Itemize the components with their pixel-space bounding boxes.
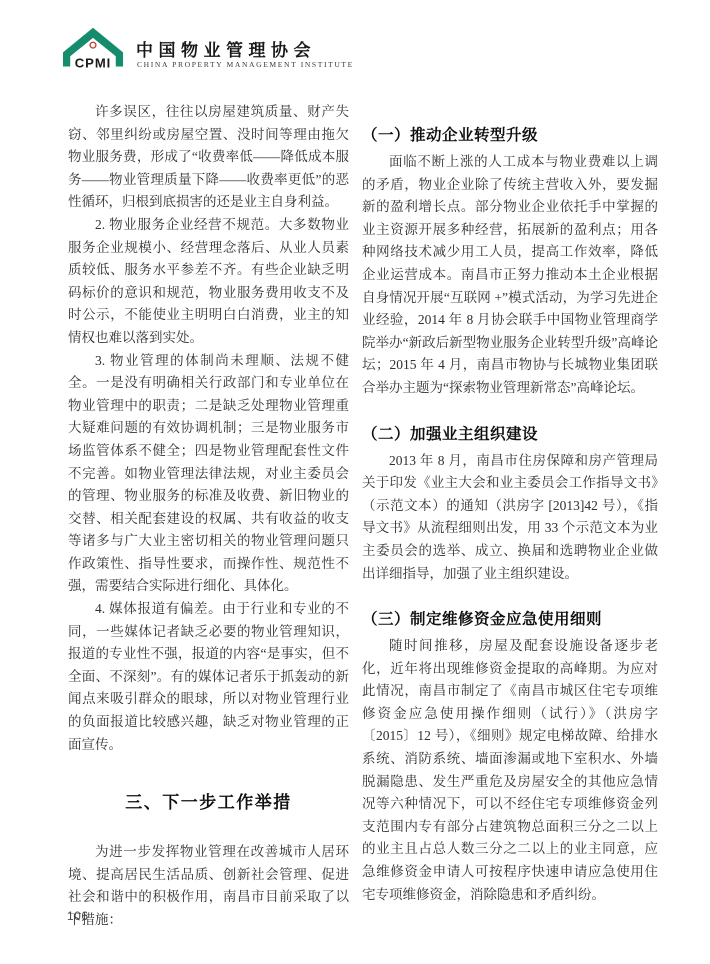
page-header: CPMI 中国物业管理协会 CHINA PROPERTY MANAGEMENT … [0, 0, 710, 90]
left-paragraphs: 许多误区，往往以房屋建筑质量、财产失窃、邻里纠纷或房屋空置、没时间等理由拖欠物业… [68, 101, 349, 756]
logo-name-en: CHINA PROPERTY MANAGEMENT INSTITUTE [137, 60, 354, 69]
paragraph: 许多误区，往往以房屋建筑质量、财产失窃、邻里纠纷或房屋空置、没时间等理由拖欠物业… [68, 101, 349, 214]
subsection-heading: （三）制定维修资金应急使用细则 [362, 609, 658, 631]
cpmi-logo: CPMI [62, 26, 124, 72]
paragraph: 面临不断上涨的人工成本与物业费难以上调的矛盾，物业企业除了传统主营收入外，要发掘… [362, 151, 658, 400]
right-column: （一）推动企业转型升级 面临不断上涨的人工成本与物业费难以上调的矛盾，物业企业除… [362, 101, 658, 906]
subsection-paragraphs: 随时间推移，房屋及配套设施设备逐步老化，近年将出现维修资金提取的高峰期。为应对此… [362, 635, 658, 906]
subsection: （一）推动企业转型升级 面临不断上涨的人工成本与物业费难以上调的矛盾，物业企业除… [362, 125, 658, 400]
paragraph: 4. 媒体报道有偏差。由于行业和专业的不同，一些媒体记者缺乏必要的物业管理知识，… [68, 598, 349, 756]
page-number: 106 [67, 909, 89, 923]
subsection: （三）制定维修资金应急使用细则 随时间推移，房屋及配套设施设备逐步老化，近年将出… [362, 609, 658, 906]
left-column: 许多误区，往往以房屋建筑质量、财产失窃、邻里纠纷或房屋空置、没时间等理由拖欠物业… [68, 101, 349, 932]
paragraph: 2. 物业服务企业经营不规范。大多数物业服务企业规模小、经营理念落后、从业人员素… [68, 214, 349, 350]
right-sections: （一）推动企业转型升级 面临不断上涨的人工成本与物业费难以上调的矛盾，物业企业除… [362, 125, 658, 906]
paragraph: 为进一步发挥物业管理在改善城市人居环境、提高居民生活品质、创新社会管理、促进社会… [68, 841, 349, 931]
subsection-paragraphs: 面临不断上涨的人工成本与物业费难以上调的矛盾，物业企业除了传统主营收入外，要发掘… [362, 151, 658, 400]
paragraph: 随时间推移，房屋及配套设施设备逐步老化，近年将出现维修资金提取的高峰期。为应对此… [362, 635, 658, 906]
logo-acronym: CPMI [75, 55, 112, 70]
section-heading: 三、下一步工作举措 [68, 788, 349, 813]
logo-seal-icon [90, 42, 96, 48]
subsection-heading: （二）加强业主组织建设 [362, 424, 658, 446]
paragraph: 2013 年 8 月，南昌市住房保障和房产管理局关于印发《业主大会和业主委员会工… [362, 450, 658, 586]
paragraph: 3. 物业管理的体制尚未理顺、法规不健全。一是没有明确相关行政部门和专业单位在物… [68, 350, 349, 599]
document-page: CPMI 中国物业管理协会 CHINA PROPERTY MANAGEMENT … [0, 0, 710, 964]
subsection: （二）加强业主组织建设 2013 年 8 月，南昌市住房保障和房产管理局关于印发… [362, 424, 658, 586]
left-closing-paragraphs: 为进一步发挥物业管理在改善城市人居环境、提高居民生活品质、创新社会管理、促进社会… [68, 841, 349, 931]
subsection-paragraphs: 2013 年 8 月，南昌市住房保障和房产管理局关于印发《业主大会和业主委员会工… [362, 450, 658, 586]
logo-name-zh: 中国物业管理协会 [136, 36, 316, 61]
roof-icon: CPMI [62, 26, 124, 72]
subsection-heading: （一）推动企业转型升级 [362, 125, 658, 147]
